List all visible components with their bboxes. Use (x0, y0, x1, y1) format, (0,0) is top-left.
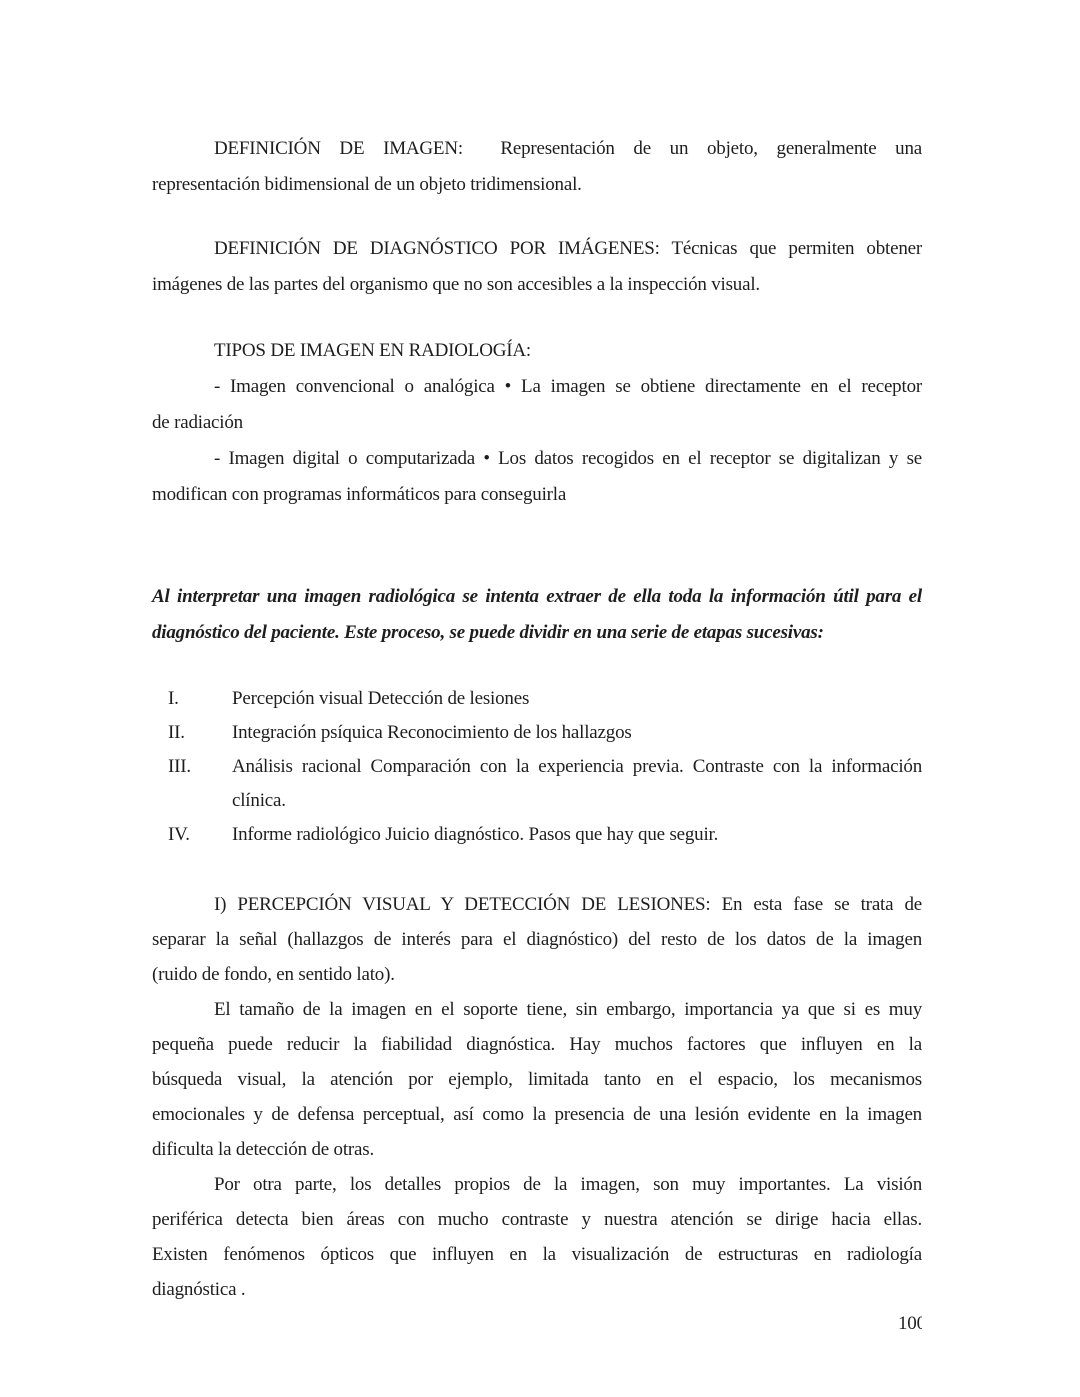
paragraph-tamano-imagen: El tamaño de la imagen en el soporte tie… (152, 992, 922, 1167)
text-line: Integración psíquica Reconocimiento de l… (232, 716, 922, 750)
text-line: modifican con programas informáticos par… (152, 477, 922, 513)
text: periférica detecta bien áreas con mucho … (152, 1209, 922, 1230)
text: Existen fenómenos ópticos que influyen e… (152, 1244, 922, 1265)
list-item-4: IV. Informe radiológico Juicio diagnósti… (152, 818, 922, 852)
text-line: Informe radiológico Juicio diagnóstico. … (232, 818, 922, 852)
text-line: - Imagen convencional o analógica • La i… (152, 369, 922, 405)
text: pequeña puede reducir la fiabilidad diag… (152, 1034, 922, 1055)
text: modifican con programas informáticos par… (152, 484, 566, 505)
text-line: Por otra parte, los detalles propios de … (152, 1167, 922, 1202)
paragraph-interpretacion-emphasis: Al interpretar una imagen radiológica se… (152, 579, 922, 651)
text: diagnóstico del paciente. Este proceso, … (152, 622, 824, 643)
text: separar la señal (hallazgos de interés p… (152, 929, 922, 950)
text: imágenes de las partes del organismo que… (152, 274, 760, 295)
text: clínica. (232, 790, 286, 811)
page-footer: 100 (152, 1312, 922, 1348)
text: representación bidimensional de un objet… (152, 174, 582, 195)
lower-section: I) PERCEPCIÓN VISUAL Y DETECCIÓN DE LESI… (152, 887, 922, 1307)
text: emocionales y de defensa perceptual, así… (152, 1104, 922, 1125)
heading-tipos-imagen: TIPOS DE IMAGEN EN RADIOLOGÍA: (152, 333, 922, 369)
text: 100 (898, 1313, 922, 1334)
text: - Imagen digital o computarizada • Los d… (214, 448, 922, 469)
text: Al interpretar una imagen radiológica se… (152, 586, 922, 607)
list-item-1: I. Percepción visual Detección de lesion… (152, 682, 922, 716)
text-line: DEFINICIÓN DE IMAGEN: Representación de … (152, 131, 922, 167)
text-line: imágenes de las partes del organismo que… (152, 267, 922, 303)
text: (ruido de fondo, en sentido lato). (152, 964, 395, 985)
text: Percepción visual Detección de lesiones (232, 688, 529, 709)
text: Por otra parte, los detalles propios de … (214, 1174, 922, 1195)
text-line: diagnóstica . (152, 1272, 922, 1307)
text-line: Al interpretar una imagen radiológica se… (152, 579, 922, 615)
text: dificulta la detección de otras. (152, 1139, 374, 1160)
paragraph-definicion-diagnostico: DEFINICIÓN DE DIAGNÓSTICO POR IMÁGENES: … (152, 231, 922, 303)
text: Análisis racional Comparación con la exp… (232, 756, 922, 777)
text-line: Existen fenómenos ópticos que influyen e… (152, 1237, 922, 1272)
list-item-2: II. Integración psíquica Reconocimiento … (152, 716, 922, 750)
text-line: separar la señal (hallazgos de interés p… (152, 922, 922, 957)
text: Informe radiológico Juicio diagnóstico. … (232, 824, 718, 845)
list-item-marker: II. (152, 716, 232, 750)
paragraph-percepcion-visual: I) PERCEPCIÓN VISUAL Y DETECCIÓN DE LESI… (152, 887, 922, 992)
text-line: diagnóstico del paciente. Este proceso, … (152, 615, 922, 651)
list-item-text: Percepción visual Detección de lesiones (232, 682, 922, 716)
text-line: Percepción visual Detección de lesiones (232, 682, 922, 716)
text: diagnóstica . (152, 1279, 245, 1300)
page-number: 100 (898, 1312, 922, 1336)
text-line: de radiación (152, 405, 922, 441)
text-line: pequeña puede reducir la fiabilidad diag… (152, 1027, 922, 1062)
paragraph-definicion-imagen: DEFINICIÓN DE IMAGEN: Representación de … (152, 131, 922, 203)
text: Integración psíquica Reconocimiento de l… (232, 722, 632, 743)
paragraph-imagen-digital: - Imagen digital o computarizada • Los d… (152, 441, 922, 513)
text-line: El tamaño de la imagen en el soporte tie… (152, 992, 922, 1027)
text: búsqueda visual, la atención por ejemplo… (152, 1069, 922, 1090)
text-line: representación bidimensional de un objet… (152, 167, 922, 203)
list-item-marker: III. (152, 750, 232, 818)
text-line: TIPOS DE IMAGEN EN RADIOLOGÍA: (152, 333, 922, 369)
document-page: DEFINICIÓN DE IMAGEN: Representación de … (0, 0, 1080, 1397)
text: TIPOS DE IMAGEN EN RADIOLOGÍA: (214, 340, 531, 361)
text: DEFINICIÓN DE IMAGEN: Representación de … (214, 138, 922, 159)
list-item-3: III. Análisis racional Comparación con l… (152, 750, 922, 818)
list-item-marker: IV. (152, 818, 232, 852)
text-line: clínica. (232, 784, 922, 818)
paragraph-imagen-convencional: - Imagen convencional o analógica • La i… (152, 369, 922, 441)
list-item-text: Integración psíquica Reconocimiento de l… (232, 716, 922, 750)
text: de radiación (152, 412, 243, 433)
list-item-text: Informe radiológico Juicio diagnóstico. … (232, 818, 922, 852)
text-line: dificulta la detección de otras. (152, 1132, 922, 1167)
text: - Imagen convencional o analógica • La i… (214, 376, 922, 397)
text: I) PERCEPCIÓN VISUAL Y DETECCIÓN DE LESI… (214, 894, 922, 915)
text-line: - Imagen digital o computarizada • Los d… (152, 441, 922, 477)
text: DEFINICIÓN DE DIAGNÓSTICO POR IMÁGENES: … (214, 238, 922, 259)
text-line: (ruido de fondo, en sentido lato). (152, 957, 922, 992)
text-line: emocionales y de defensa perceptual, así… (152, 1097, 922, 1132)
text-line: DEFINICIÓN DE DIAGNÓSTICO POR IMÁGENES: … (152, 231, 922, 267)
text-line: Análisis racional Comparación con la exp… (232, 750, 922, 784)
stages-list: I. Percepción visual Detección de lesion… (152, 682, 922, 852)
text-line: búsqueda visual, la atención por ejemplo… (152, 1062, 922, 1097)
paragraph-detalles-imagen: Por otra parte, los detalles propios de … (152, 1167, 922, 1307)
text-line: periférica detecta bien áreas con mucho … (152, 1202, 922, 1237)
text-line: I) PERCEPCIÓN VISUAL Y DETECCIÓN DE LESI… (152, 887, 922, 922)
text: El tamaño de la imagen en el soporte tie… (214, 999, 922, 1020)
list-item-marker: I. (152, 682, 232, 716)
list-item-text: Análisis racional Comparación con la exp… (232, 750, 922, 818)
